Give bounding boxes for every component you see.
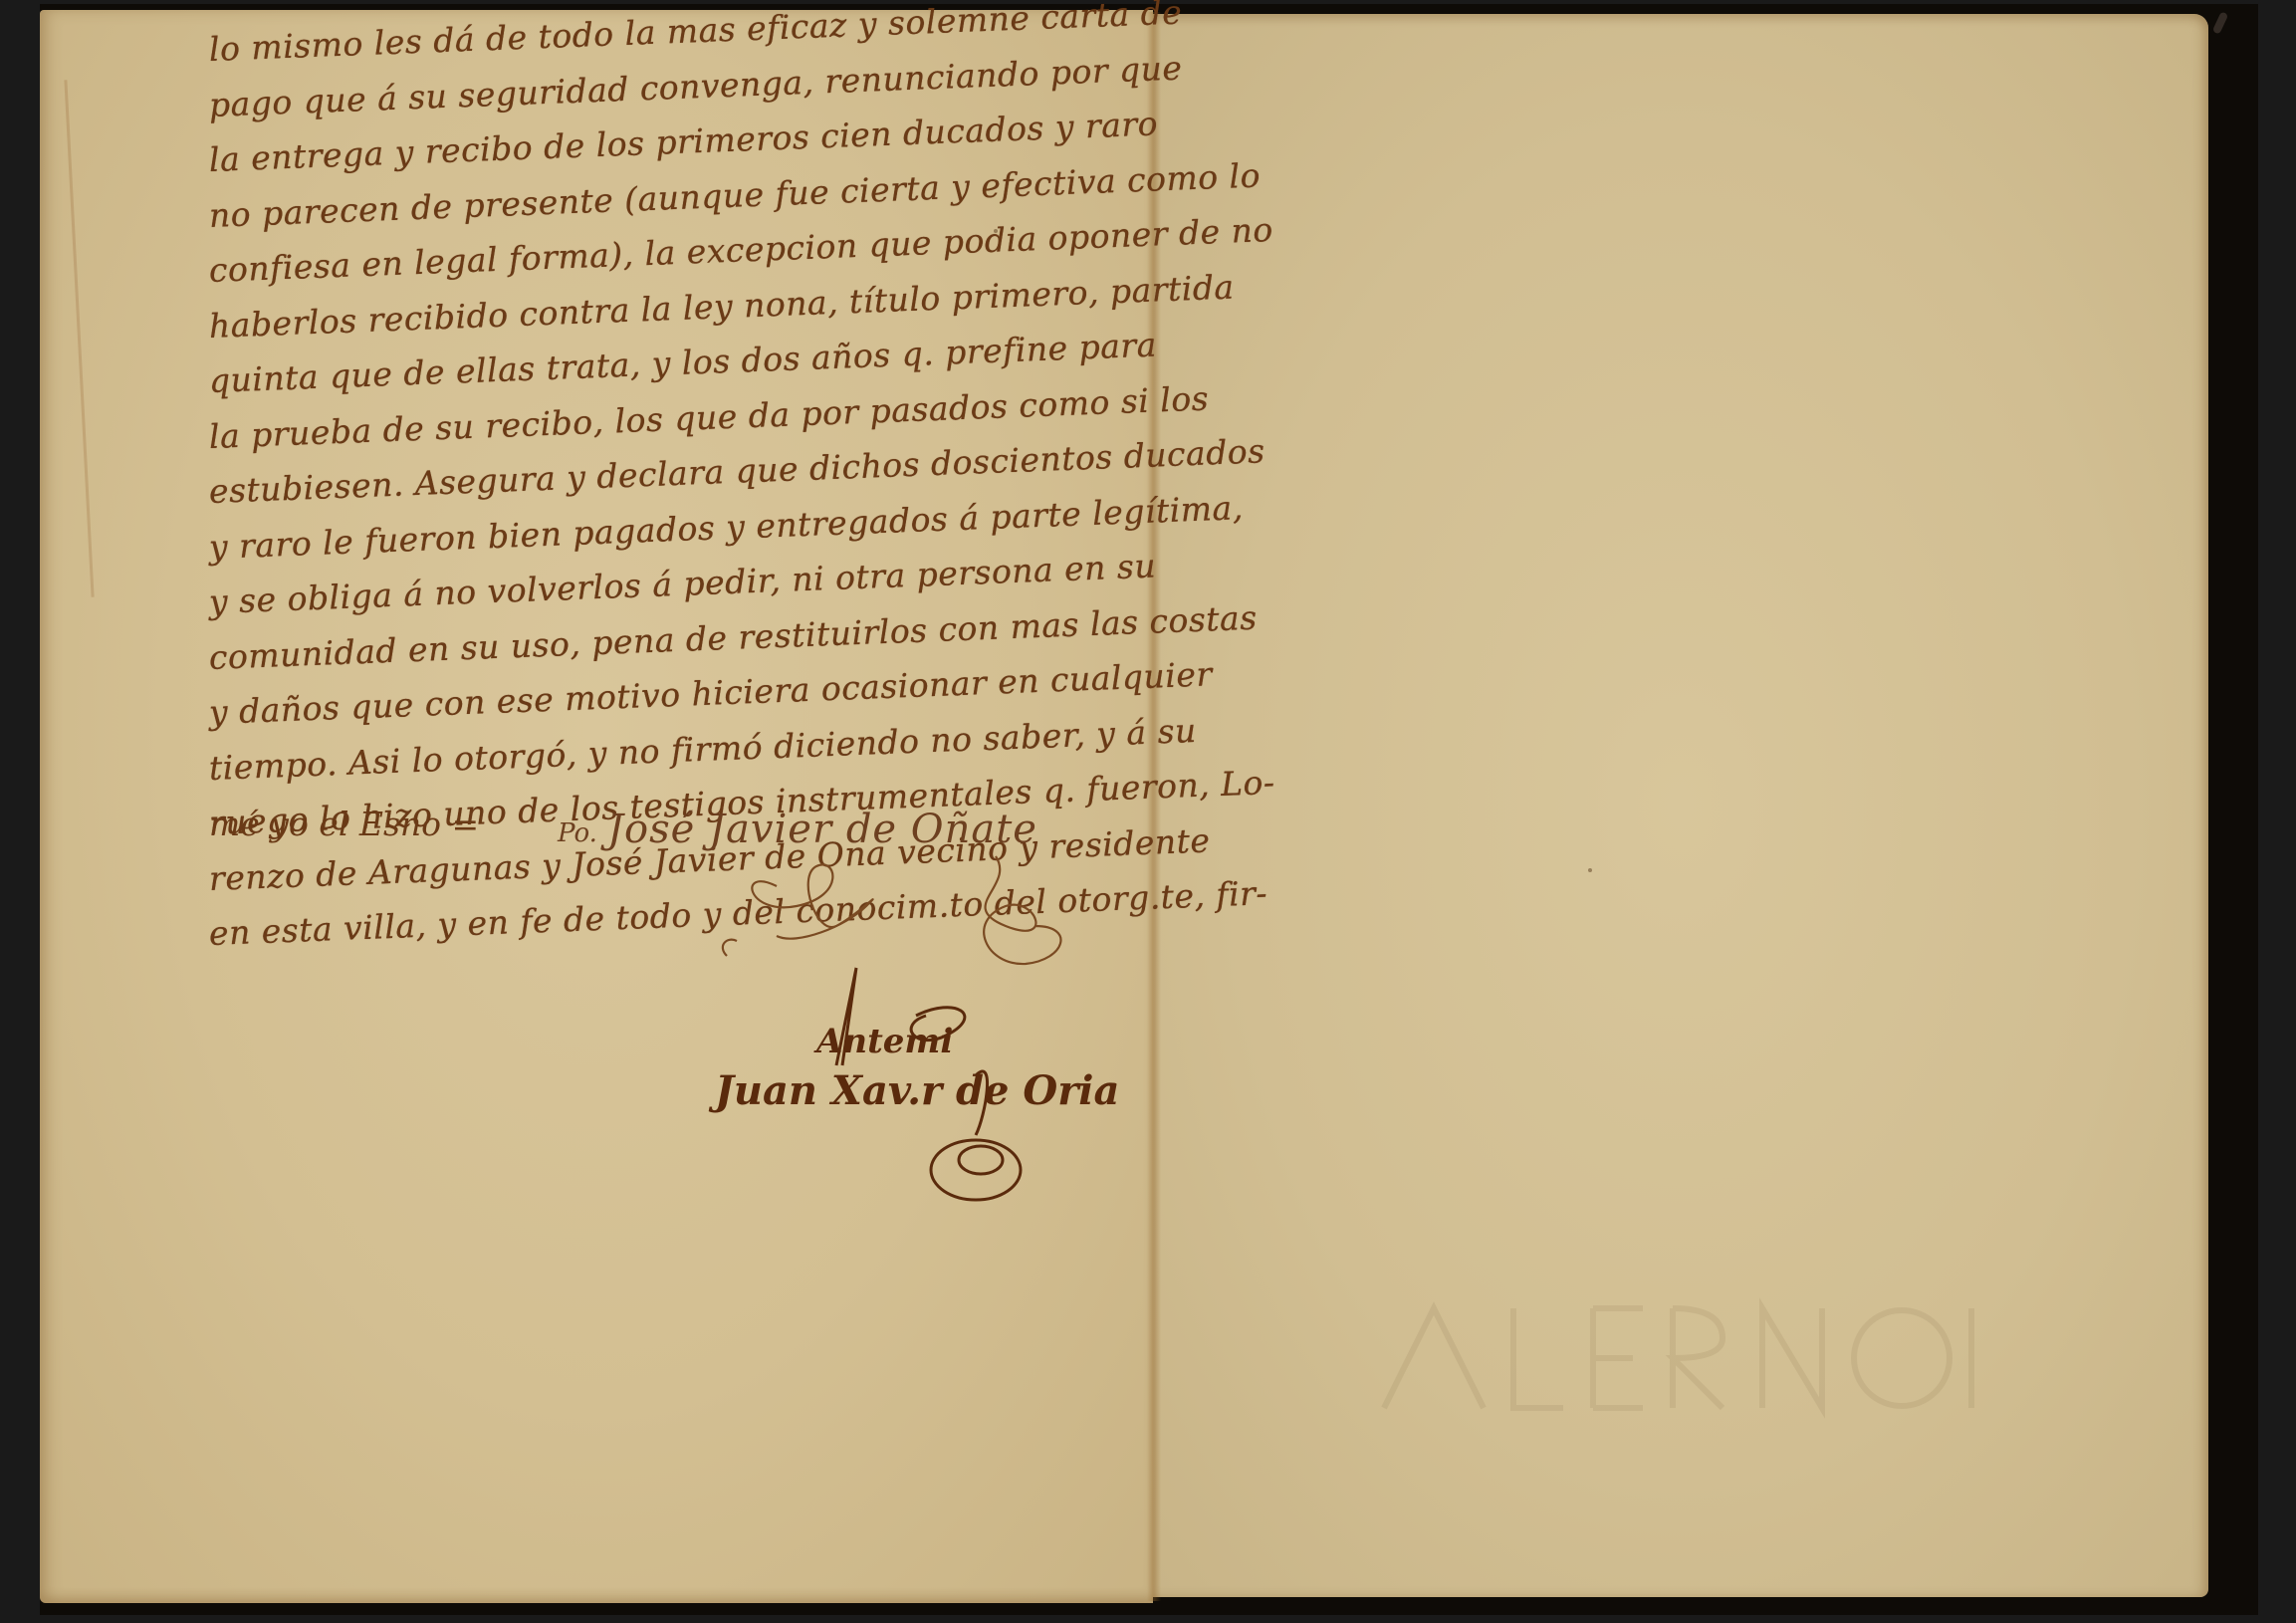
witness-signature: José Javier de Oñate [607,807,1037,852]
notary-attestation: Antemi [816,1022,953,1061]
paper-speck [1588,868,1592,872]
notary-signature: Juan Xav.r de Oria [715,1067,1119,1114]
left-page-crease [64,80,94,596]
right-page [1153,14,2208,1597]
closing-formula: mé yo el Esno = [209,805,479,843]
corner-stain [2212,11,2229,34]
witness-signature-prefix: Po. [558,818,597,848]
